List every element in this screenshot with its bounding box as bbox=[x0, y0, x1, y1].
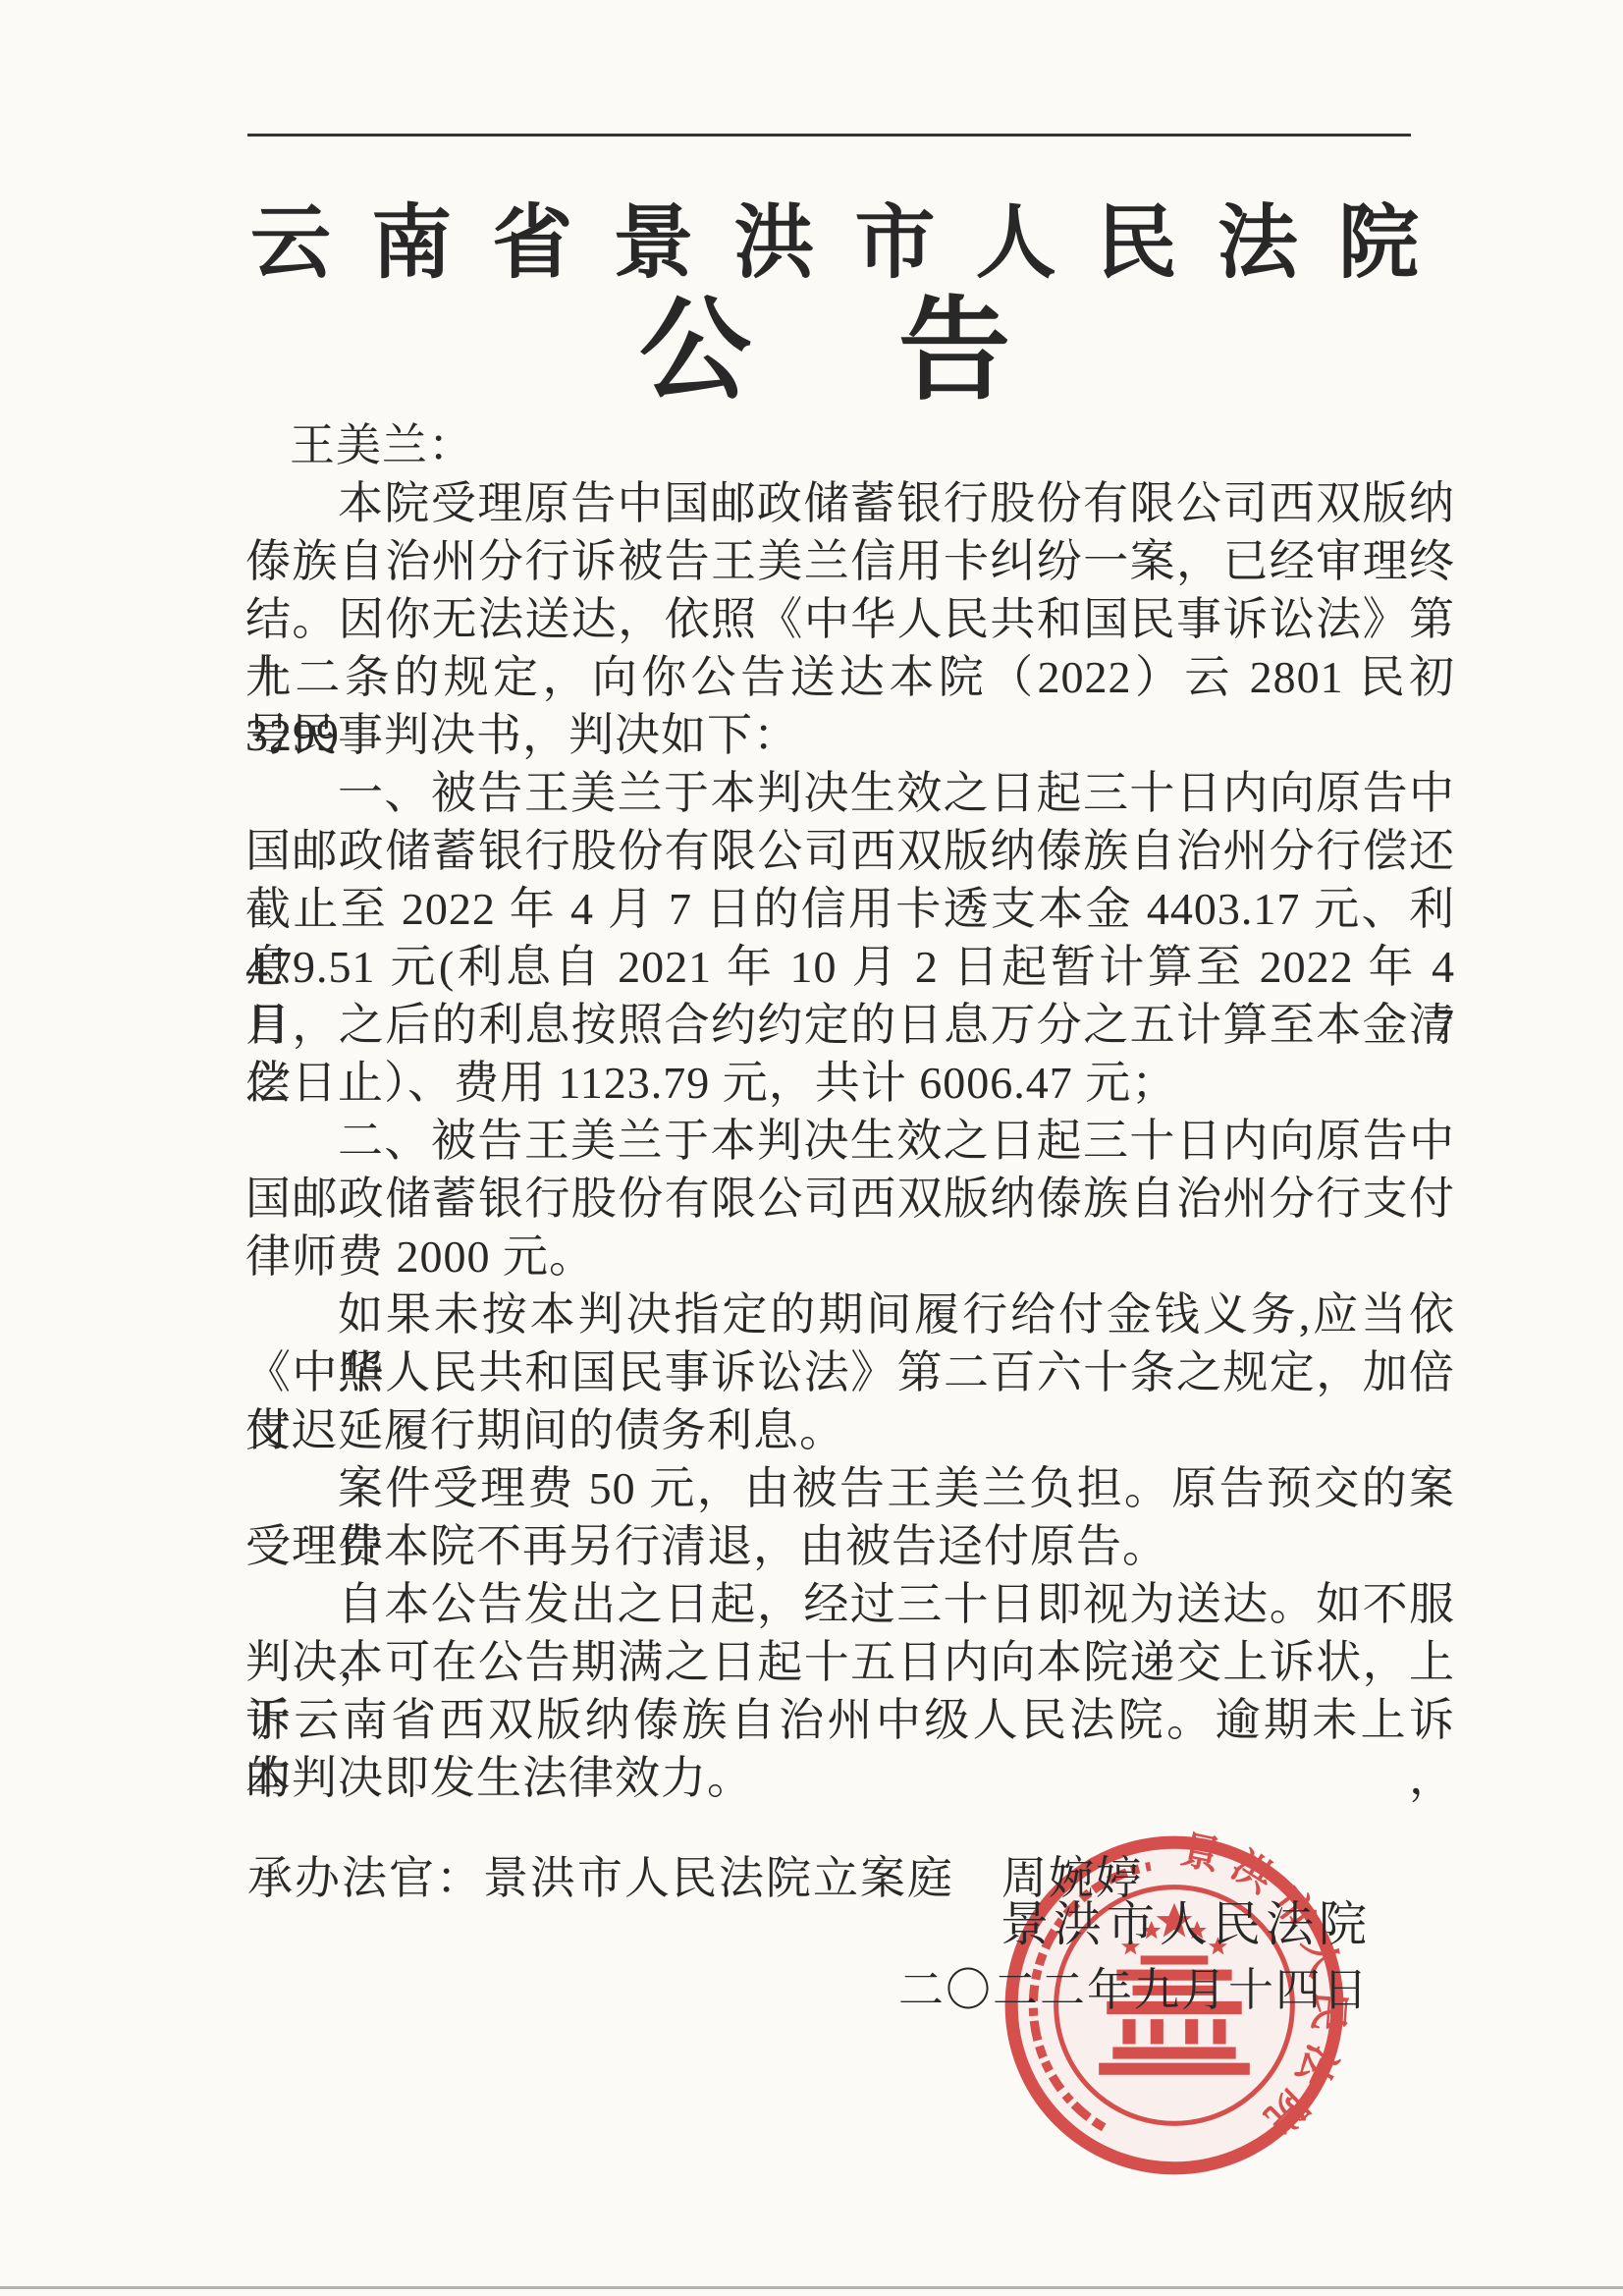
body-line: 律师费 2000 元。 bbox=[245, 1228, 1455, 1285]
body-line: 之日止）、费用 1123.79 元，共计 6006.47 元； bbox=[245, 1054, 1455, 1112]
body-line: 付迟延履行期间的债务利息。 bbox=[245, 1401, 1455, 1459]
signature-court: 景洪市人民法院 bbox=[1001, 1886, 1372, 1955]
body-line: 日，之后的利息按照合约约定的日息万分之五计算至本金清偿 bbox=[245, 996, 1455, 1054]
signature-date: 二〇二二年九月十四日 bbox=[898, 1954, 1370, 2019]
court-name-char: 云 bbox=[250, 199, 331, 288]
court-name-char: 市 bbox=[855, 199, 936, 288]
court-name-char: 人 bbox=[976, 199, 1056, 288]
court-name-char: 景 bbox=[613, 199, 693, 288]
body-line: 国邮政储蓄银行股份有限公司西双版纳傣族自治州分行偿还 bbox=[245, 822, 1455, 880]
body-line: 十二条的规定，向你公告送达本院（2022）云 2801 民初 3299 bbox=[245, 648, 1455, 706]
body-line: 于云南省西双版纳傣族自治州中级人民法院。逾期未上诉的， bbox=[245, 1691, 1455, 1749]
court-name-char: 院 bbox=[1338, 199, 1419, 288]
body-line: 傣族自治州分行诉被告王美兰信用卡纠纷一案，已经审理终 bbox=[245, 532, 1455, 590]
court-name-char: 法 bbox=[1217, 199, 1298, 288]
body-text: 王美兰：本院受理原告中国邮政储蓄银行股份有限公司西双版纳傣族自治州分行诉被告王美… bbox=[245, 416, 1455, 1807]
document-page: 云南省景洪市人民法院 公告 王美兰：本院受理原告中国邮政储蓄银行股份有限公司西双… bbox=[0, 0, 1623, 2296]
body-line: 案件受理费 50 元，由被告王美兰负担。原告预交的案件 bbox=[245, 1459, 1455, 1517]
body-line: 受理费本院不再另行清退，由被告迳付原告。 bbox=[245, 1517, 1455, 1575]
body-line: 王美兰： bbox=[245, 416, 1455, 474]
header-rule bbox=[247, 134, 1411, 137]
body-line: 截止至 2022 年 4 月 7 日的信用卡透支本金 4403.17 元、利息 bbox=[245, 880, 1455, 938]
court-name-char: 省 bbox=[492, 199, 572, 288]
scan-edge-line bbox=[0, 2286, 1623, 2289]
body-line: 判决，可在公告期满之日起十五日内向本院递交上诉状，上诉 bbox=[245, 1633, 1455, 1691]
body-line: 号民事判决书，判决如下： bbox=[245, 706, 1455, 764]
court-name: 云南省景洪市人民法院 bbox=[250, 199, 1419, 288]
body-line: 自本公告发出之日起，经过三十日即视为送达。如不服本 bbox=[245, 1575, 1455, 1633]
body-line: 如果未按本判决指定的期间履行给付金钱义务,应当依照 bbox=[245, 1285, 1455, 1343]
page-title-char: 告 bbox=[898, 293, 1010, 410]
court-name-char: 南 bbox=[371, 199, 452, 288]
body-line: 本院受理原告中国邮政储蓄银行股份有限公司西双版纳 bbox=[245, 474, 1455, 532]
court-name-char: 民 bbox=[1097, 199, 1177, 288]
body-line: 结。因你无法送达，依照《中华人民共和国民事诉讼法》第九 bbox=[245, 590, 1455, 648]
page-title: 公告 bbox=[245, 293, 1404, 410]
body-line: 二、被告王美兰于本判决生效之日起三十日内向原告中 bbox=[245, 1112, 1455, 1170]
body-line: 《中华人民共和国民事诉讼法》第二百六十条之规定，加倍支 bbox=[245, 1343, 1455, 1401]
body-line: 479.51 元(利息自 2021 年 10 月 2 日起暂计算至 2022 年… bbox=[245, 938, 1455, 996]
body-line: 国邮政储蓄银行股份有限公司西双版纳傣族自治州分行支付 bbox=[245, 1170, 1455, 1228]
page-title-char: 公 bbox=[639, 293, 751, 410]
court-name-char: 洪 bbox=[733, 199, 814, 288]
body-line: 一、被告王美兰于本判决生效之日起三十日内向原告中 bbox=[245, 764, 1455, 822]
